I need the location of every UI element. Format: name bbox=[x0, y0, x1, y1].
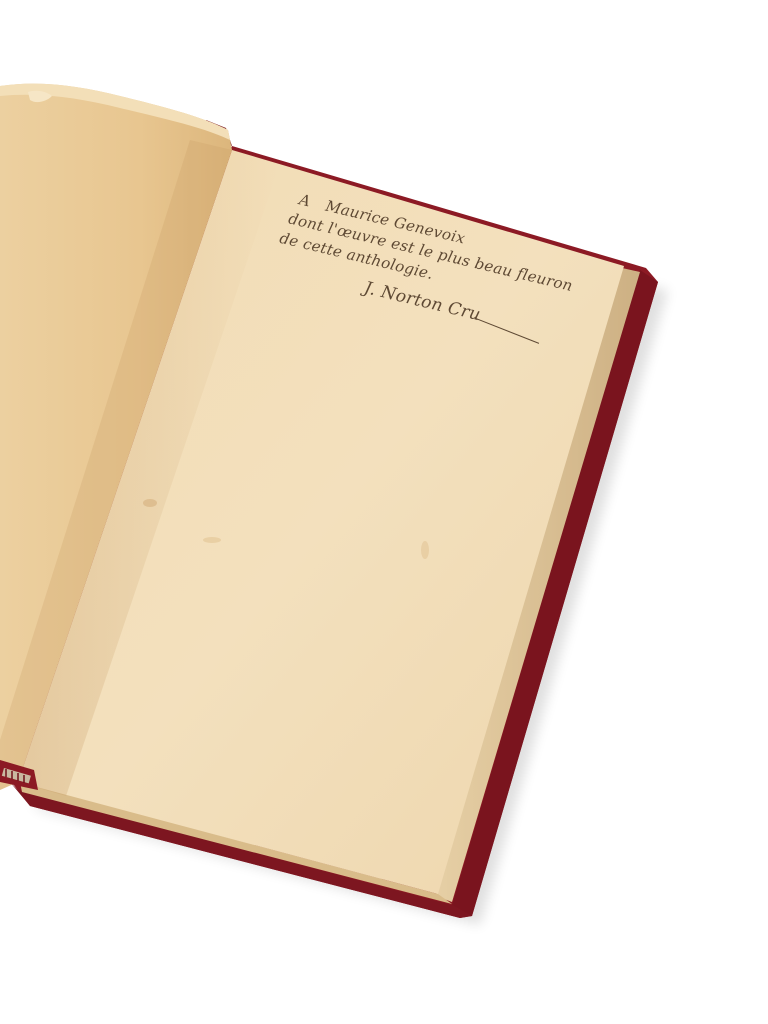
photo-scene: AMaurice Genevoix dont l'œuvre est le pl… bbox=[0, 0, 768, 1024]
book-illustration bbox=[0, 0, 768, 1024]
